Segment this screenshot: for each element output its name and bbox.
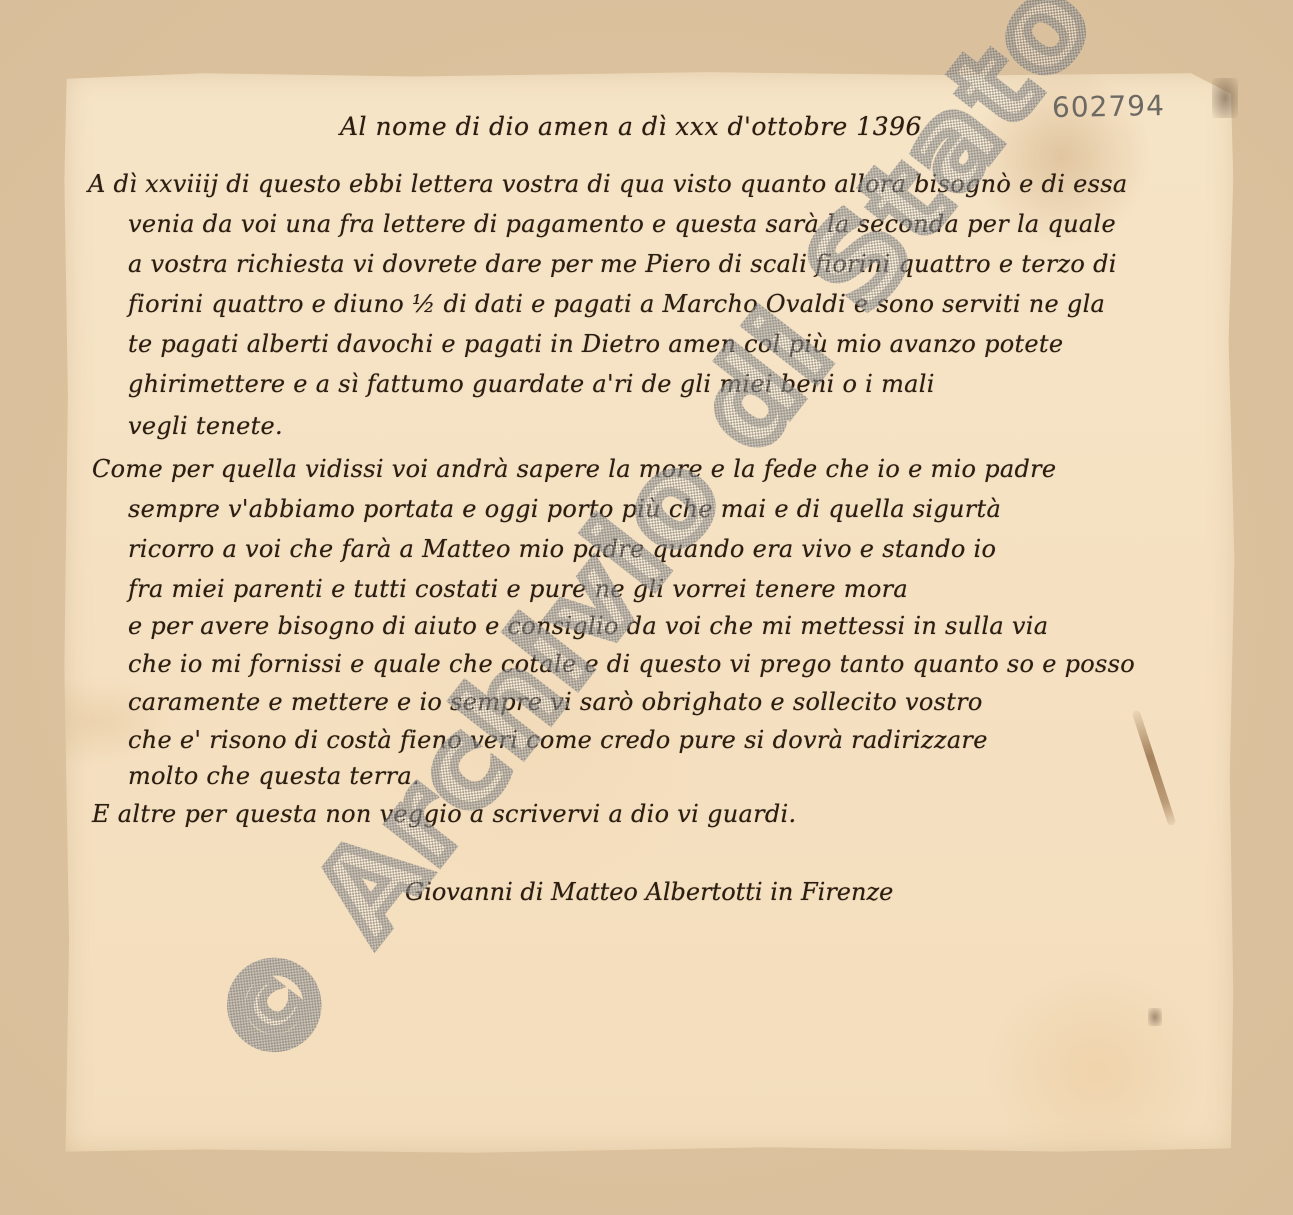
text-line: te pagati alberti davochi e pagati in Di… bbox=[128, 330, 1063, 358]
text-line: E altre per questa non veggio a scriverv… bbox=[92, 800, 796, 828]
archive-number: 602794 bbox=[1052, 89, 1165, 124]
text-line: Come per quella vidissi voi andrà sapere… bbox=[92, 455, 1056, 483]
text-line: A dì xxviiij di questo ebbi lettera vost… bbox=[88, 170, 1127, 198]
text-line: molto che questa terra. bbox=[128, 762, 420, 790]
text-line: fra miei parenti e tutti costati e pure … bbox=[128, 575, 908, 603]
text-line: ghirimettere e a sì fattumo guardate a'r… bbox=[128, 370, 935, 398]
text-line: e per avere bisogno di aiuto e consiglio… bbox=[128, 612, 1048, 640]
signature: Giovanni di Matteo Albertotti in Firenze bbox=[405, 878, 893, 906]
text-line: che io mi fornissi e quale che cotale e … bbox=[128, 650, 1135, 678]
letter-heading: Al nome di dio amen a dì xxx d'ottobre 1… bbox=[340, 112, 922, 141]
text-line: a vostra richiesta vi dovrete dare per m… bbox=[128, 250, 1117, 278]
small-stain bbox=[1148, 1008, 1162, 1026]
text-line: caramente e mettere e io sempre vi sarò … bbox=[128, 688, 983, 716]
text-line: vegli tenete. bbox=[128, 412, 283, 440]
corner-stain bbox=[1212, 78, 1238, 118]
text-line: fiorini quattro e diuno ½ di dati e paga… bbox=[128, 290, 1105, 318]
text-line: ricorro a voi che farà a Matteo mio padr… bbox=[128, 535, 996, 563]
text-line: sempre v'abbiamo portata e oggi porto pi… bbox=[128, 495, 1001, 523]
text-line: che e' risono di costà fieno veri come c… bbox=[128, 726, 988, 754]
text-line: venia da voi una fra lettere di pagament… bbox=[128, 210, 1116, 238]
